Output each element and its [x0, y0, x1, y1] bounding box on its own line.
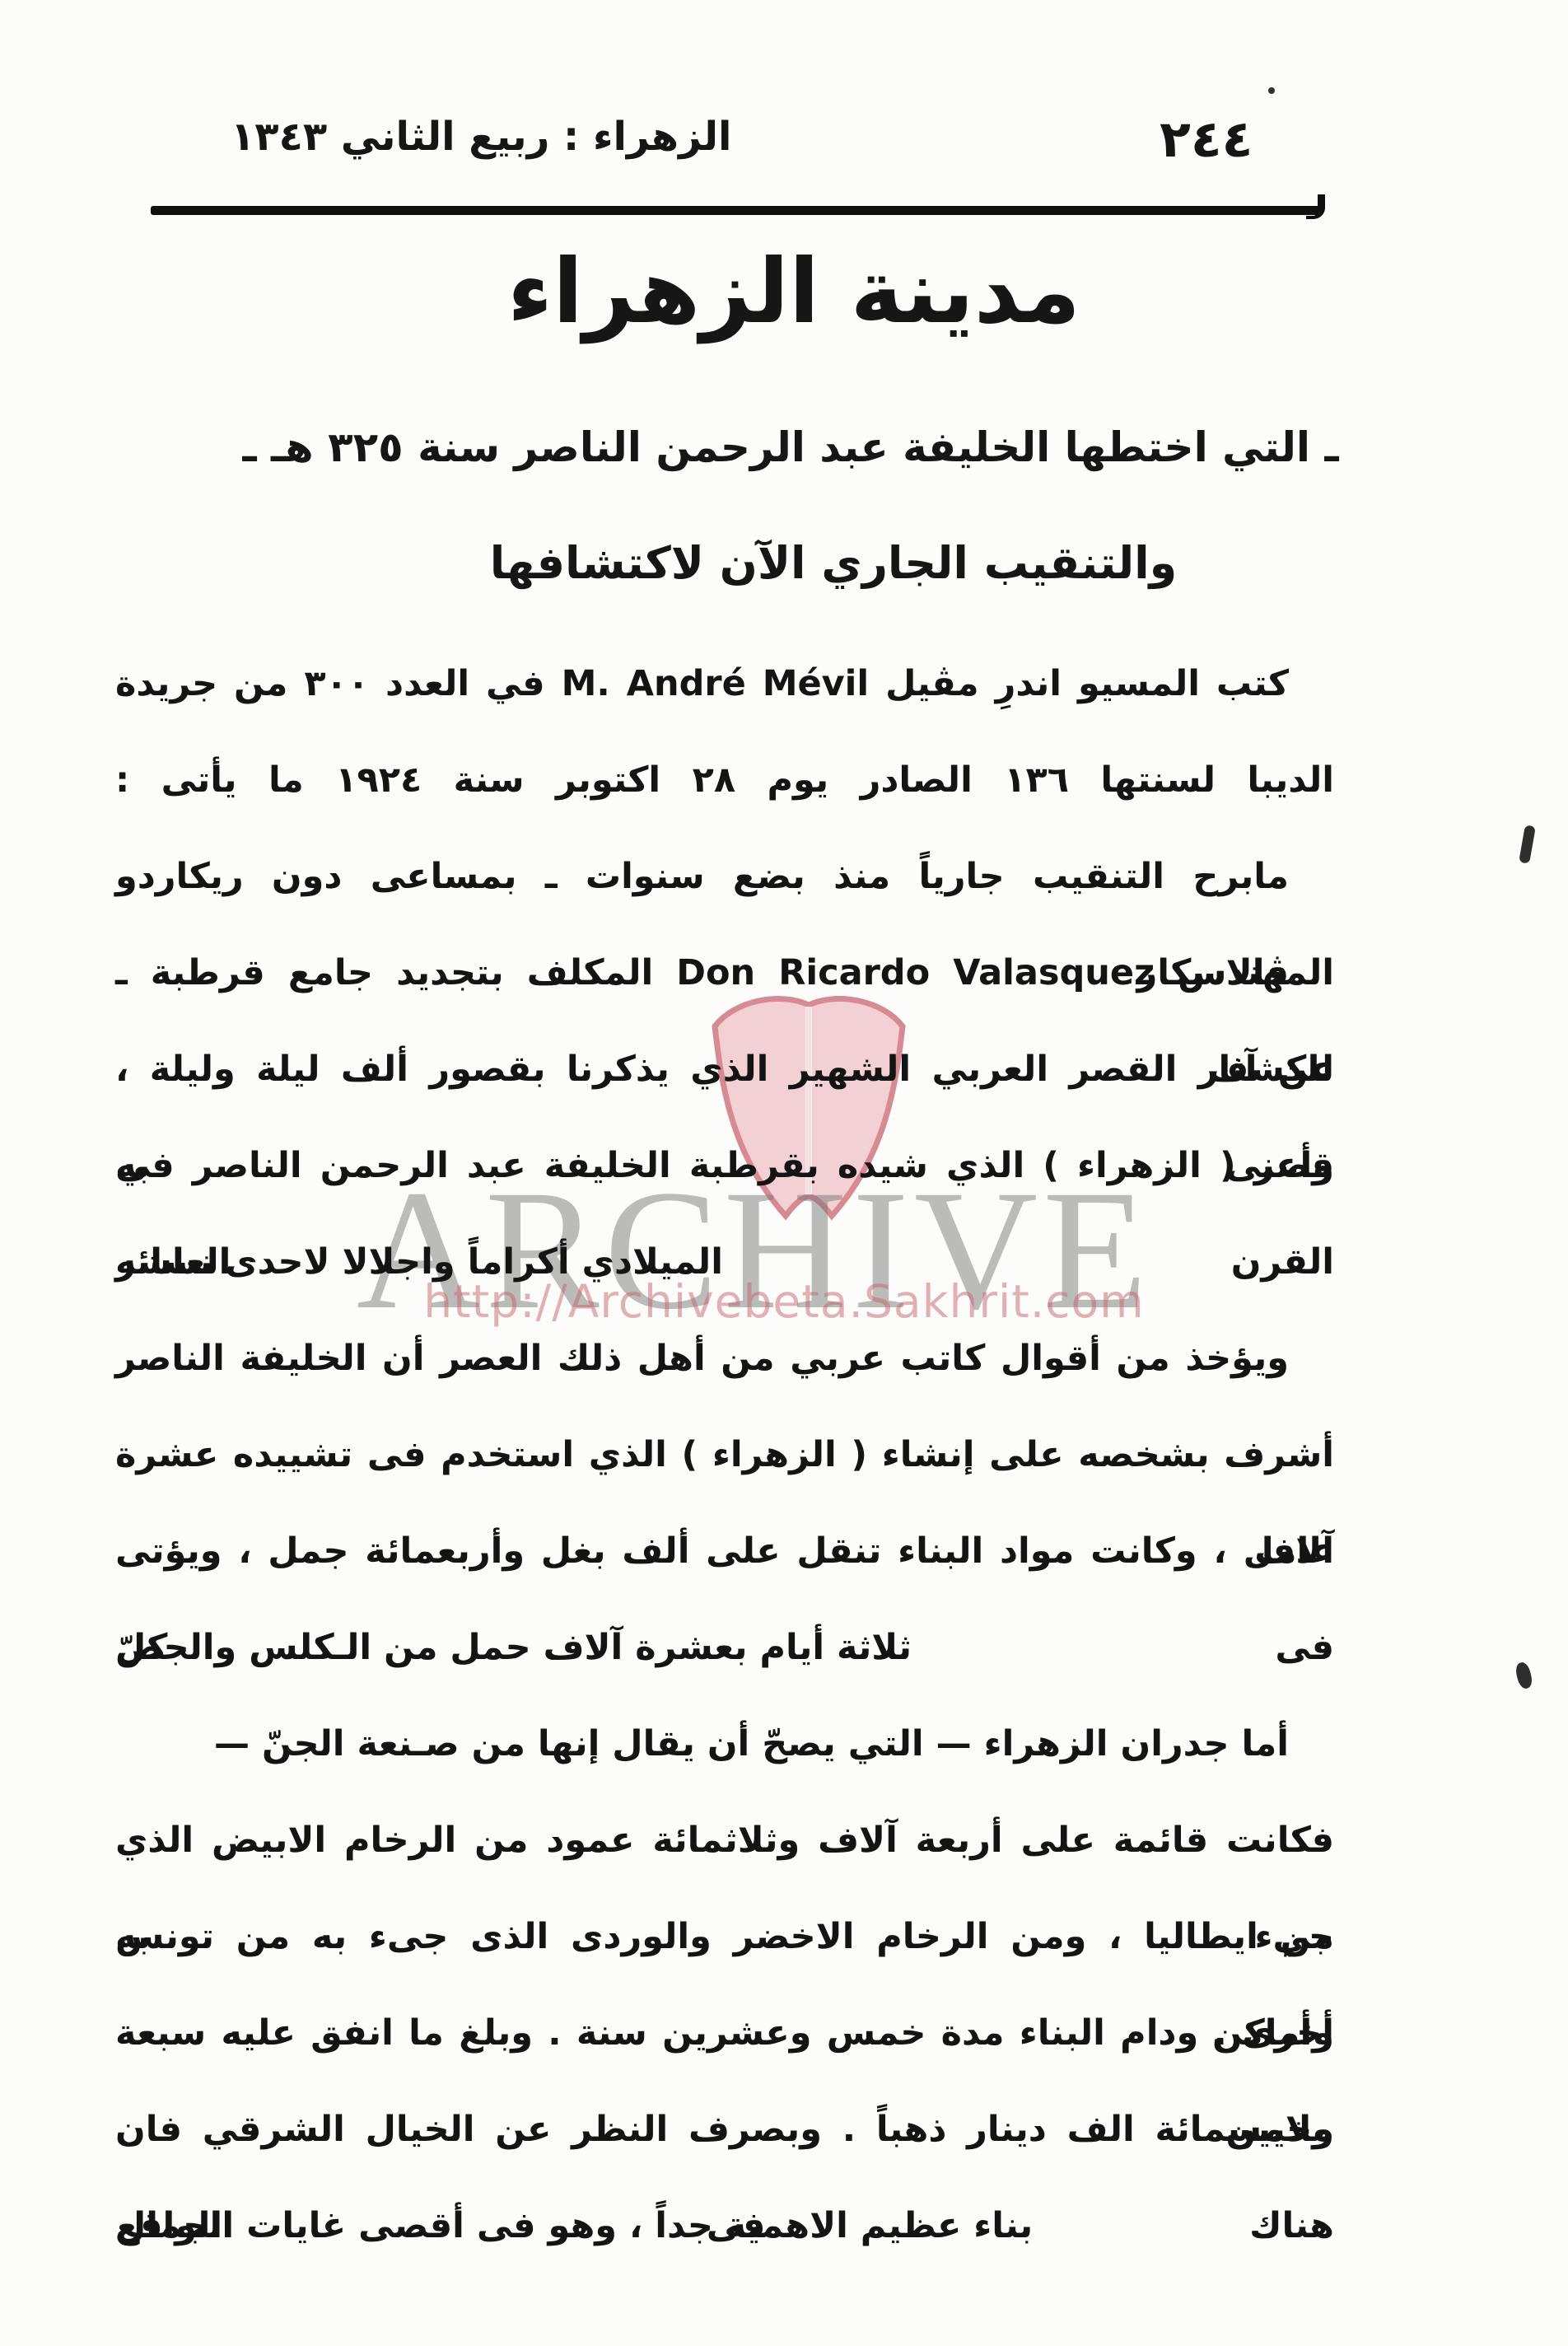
article-title: مدينة الزهراء — [0, 241, 1568, 343]
body-line: فكانت قائمة على أربعة آلاف وثلاثمائة عمو… — [115, 1792, 1334, 1889]
body-line: أما جدران الزهراء — التي يصحّ أن يقال إن… — [115, 1696, 1334, 1792]
body-line: الديبا لسنتها ١٣٦ الصادر يوم ٢٨ اكتوبر س… — [115, 732, 1334, 829]
body-line: من ايطاليا ، ومن الرخام الاخضر والوردى ا… — [115, 1889, 1334, 1985]
header-rule — [151, 206, 1320, 215]
article-body: كتب المسيو اندرِ مڤيل M. André Mévil في … — [115, 636, 1334, 2274]
body-line: عن آثار القصر العربي الشهير الذي يذكرنا … — [115, 1021, 1334, 1118]
paragraph: كتب المسيو اندرِ مڤيل M. André Mévil في … — [115, 636, 1334, 829]
body-line: المهندس Don Ricardo Valasquez المكلف بتج… — [115, 925, 1334, 1021]
paragraph: مابرح التنقيب جارياً منذ بضع سنوات ـ بمس… — [115, 829, 1334, 1311]
body-line: وخمسمائة الف دينار ذهباً . وبصرف النظر ع… — [115, 2082, 1334, 2178]
body-line: عامل ، وكانت مواد البناء تنقل على ألف بغ… — [115, 1503, 1334, 1600]
body-line: أشرف بشخصه على إنشاء ( الزهراء ) الذي اس… — [115, 1407, 1334, 1503]
article-subtitle-dedication: ـ التي اختطها الخليفة عبد الرحمن الناصر … — [0, 423, 1568, 471]
ink-speck — [1519, 825, 1536, 864]
journal-issue-info: الزهراء : ربيع الثاني ١٣٤٣ — [231, 114, 731, 160]
ink-speck — [1268, 87, 1275, 94]
body-line: كتب المسيو اندرِ مڤيل M. André Mévil في … — [115, 636, 1334, 732]
paragraph: ويؤخذ من أقوال كاتب عربي من أهل ذلك العص… — [115, 1311, 1334, 1696]
body-line: ويؤخذ من أقوال كاتب عربي من أهل ذلك العص… — [115, 1311, 1334, 1407]
body-line: قصر ( الزهراء ) الذي شيده بقرطبة الخليفة… — [115, 1118, 1334, 1214]
paragraph: أما جدران الزهراء — التي يصحّ أن يقال إن… — [115, 1696, 1334, 2274]
scanned-page: ARCHIVE http://Archivebeta.Sakhrit.com ا… — [0, 0, 1568, 2346]
page-number: ٢٤٤ — [1160, 109, 1253, 169]
ink-speck — [1514, 1661, 1533, 1689]
body-line: مابرح التنقيب جارياً منذ بضع سنوات ـ بمس… — [115, 829, 1334, 925]
article-subtitle-secondary: والتنقيب الجاري الآن لاكتشافها — [0, 537, 1568, 589]
body-line: أخرى . ودام البناء مدة خمس وعشرين سنة . … — [115, 1985, 1334, 2082]
